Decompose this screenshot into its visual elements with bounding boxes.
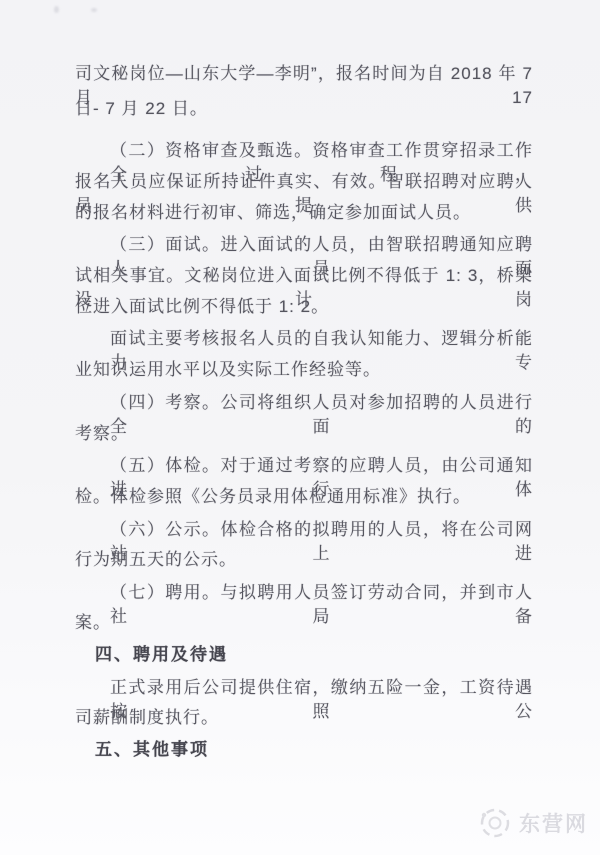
doc-line: 检。体检参照《公务员录用体检通用标准》执行。: [75, 485, 533, 509]
doc-line: 位进入面试比例不得低于 1: 2。: [75, 295, 533, 319]
doc-line: 案。: [75, 611, 533, 635]
watermark: 东营网: [477, 805, 588, 841]
section-heading: 四、聘用及待遇: [95, 643, 533, 667]
section-heading: 五、其他事项: [95, 738, 533, 762]
doc-line: 司薪酬制度执行。: [75, 706, 533, 730]
scanned-document-page: 司文秘岗位—山东大学—李明”，报名时间为自 2018 年 7 月 17 日- 7…: [0, 0, 600, 855]
doc-line: 行为期五天的公示。: [75, 548, 533, 572]
dongying-net-logo-icon: [477, 805, 513, 841]
doc-line: 日- 7 月 22 日。: [75, 97, 533, 121]
document-body: 司文秘岗位—山东大学—李明”，报名时间为自 2018 年 7 月 17 日- 7…: [75, 0, 533, 855]
doc-line: 业知识运用水平以及实际工作经验等。: [75, 358, 533, 382]
doc-line: 考察。: [75, 422, 533, 446]
doc-line: 的报名材料进行初审、筛选，确定参加面试人员。: [75, 201, 533, 225]
watermark-text: 东营网: [519, 808, 588, 838]
scan-speck: [54, 6, 59, 13]
